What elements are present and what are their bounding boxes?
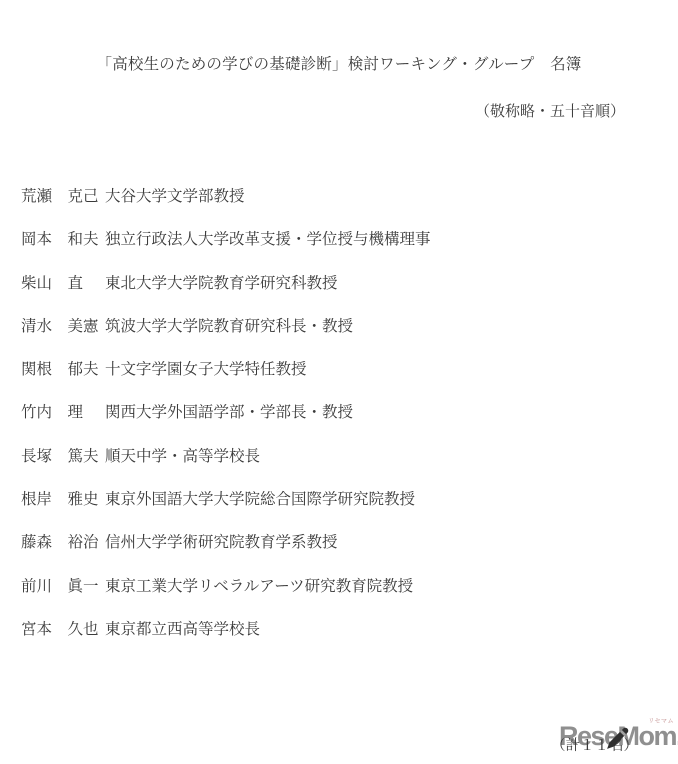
member-affiliation: 独立行政法人大学改革支援・学位授与機構理事 (105, 232, 431, 248)
member-name: 岡本 和夫 (21, 232, 105, 248)
member-row: 宮本 久也東京都立西高等学校長 (21, 622, 431, 638)
member-name: 荒瀬 克己 (21, 189, 105, 205)
member-affiliation: 東北大学大学院教育学研究科教授 (105, 276, 338, 292)
member-row: 長塚 篤夫順天中学・高等学校長 (21, 449, 431, 465)
member-row: 藤森 裕治信州大学学術研究院教育学系教授 (21, 535, 431, 551)
member-name: 前川 眞一 (21, 579, 105, 595)
document-page: 「高校生のための学びの基礎診断」検討ワーキング・グループ 名簿 （敬称略・五十音… (0, 0, 678, 764)
pencil-icon (605, 726, 630, 751)
member-row: 岡本 和夫独立行政法人大学改革支援・学位授与機構理事 (21, 232, 431, 248)
member-name: 竹内 理 (21, 405, 105, 421)
member-affiliation: 大谷大学文学部教授 (105, 189, 245, 205)
page-title: 「高校生のための学びの基礎診断」検討ワーキング・グループ 名簿 (0, 52, 678, 74)
member-name: 長塚 篤夫 (21, 449, 105, 465)
honorifics-note: （敬称略・五十音順） (475, 100, 625, 121)
member-name: 清水 美憲 (21, 319, 105, 335)
member-affiliation: 東京都立西高等学校長 (105, 622, 260, 638)
member-name: 根岸 雅史 (21, 492, 105, 508)
member-name: 宮本 久也 (21, 622, 105, 638)
member-affiliation: 東京外国語大学大学院総合国際学研究院教授 (105, 492, 415, 508)
member-affiliation: 筑波大学大学院教育研究科長・教授 (105, 319, 353, 335)
member-row: 関根 郁夫十文字学園女子大学特任教授 (21, 362, 431, 378)
member-name: 関根 郁夫 (21, 362, 105, 378)
member-row: 荒瀬 克己大谷大学文学部教授 (21, 189, 431, 205)
member-row: 柴山 直東北大学大学院教育学研究科教授 (21, 276, 431, 292)
member-row: 前川 眞一東京工業大学リベラルアーツ研究教育院教授 (21, 579, 431, 595)
resemom-ruby-label: リセマム (648, 719, 674, 725)
member-name: 柴山 直 (21, 276, 105, 292)
member-affiliation: 順天中学・高等学校長 (105, 449, 260, 465)
member-affiliation: 東京工業大学リベラルアーツ研究教育院教授 (105, 579, 413, 595)
member-row: 根岸 雅史東京外国語大学大学院総合国際学研究院教授 (21, 492, 431, 508)
member-name: 藤森 裕治 (21, 535, 105, 551)
member-affiliation: 関西大学外国語学部・学部長・教授 (105, 405, 353, 421)
member-list: 荒瀬 克己大谷大学文学部教授岡本 和夫独立行政法人大学改革支援・学位授与機構理事… (21, 189, 431, 665)
member-row: 竹内 理関西大学外国語学部・学部長・教授 (21, 405, 431, 421)
member-affiliation: 信州大学学術研究院教育学系教授 (105, 535, 338, 551)
member-affiliation: 十文字学園女子大学特任教授 (105, 362, 307, 378)
member-row: 清水 美憲筑波大学大学院教育研究科長・教授 (21, 319, 431, 335)
